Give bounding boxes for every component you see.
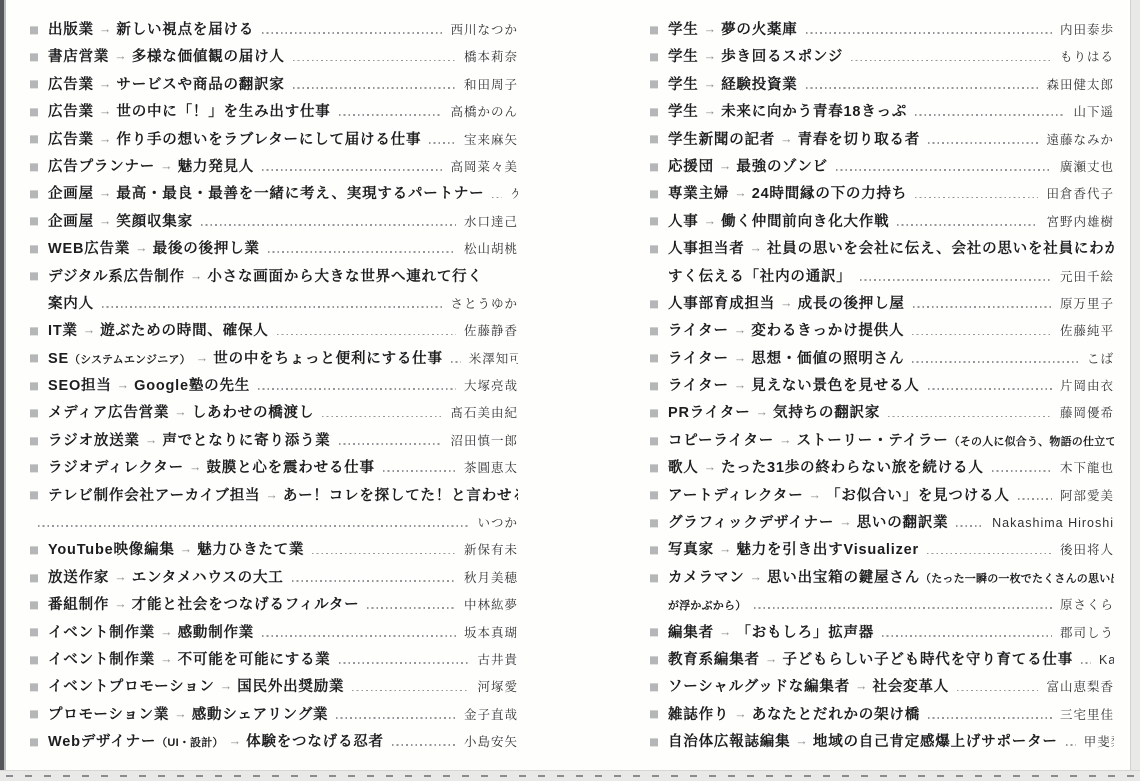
square-bullet-icon (30, 273, 38, 281)
entry-line: 出版業→新しい視点を届ける西川なつか (30, 17, 518, 44)
occupation-text: （システムエンジニア） (69, 354, 191, 366)
dot-leader (258, 388, 456, 390)
entry-line: 人事→働く仲間前向き化大作戦宮野内雄樹 (650, 209, 1114, 236)
person-name: 山下遥 (1073, 99, 1114, 126)
right-column: 学生→夢の火薬庫内田泰歩学生→歩き回るスポンジもりはる学生→経験投資業森田健太郎… (650, 17, 1114, 757)
square-bullet-icon (650, 656, 658, 664)
person-name: 佐藤純平 (1060, 318, 1114, 345)
list-item: 自治体広報誌編集→地域の自己肯定感爆上げサポーター甲斐梨花子 (650, 729, 1114, 756)
list-item: ライター→変わるきっかけ提供人佐藤純平 (650, 318, 1114, 345)
catchphrase-text: 世の中に「！」を生み出す仕事 (116, 104, 330, 120)
occupation-text: 人事 (668, 214, 699, 230)
square-bullet-icon (650, 382, 658, 390)
occupation-text: （UI・設計） (156, 737, 223, 749)
square-bullet-icon (30, 601, 38, 609)
arrow-icon: → (704, 104, 717, 118)
person-name: 橋本莉奈 (464, 44, 518, 71)
entry-text: 広告業→サービスや商品の翻訳家 (48, 72, 285, 99)
entry-line: 応援団→最強のゾンビ廣瀬丈也 (650, 154, 1114, 181)
entry-line: 企画屋→最高・最良・最善を一緒に考え、実現するパートナーケンガクタツキ (30, 181, 518, 208)
list-item: IT業→遊ぶための時間、確保人佐藤静香 (30, 318, 518, 345)
dot-leader (851, 60, 1052, 62)
list-item: コピーライター→ストーリー・テイラー（その人に似合う、物語の仕立て屋）時田心太郎 (650, 428, 1114, 455)
entry-line: SE（システムエンジニア）→世の中をちょっと便利にする仕事米澤知可 (30, 346, 518, 373)
entry-text: ラジオディレクター→鼓膜と心を震わせる仕事 (48, 455, 375, 482)
page-edge-left-soft (4, 0, 6, 781)
occupation-text: デジタル系広告制作 (48, 269, 185, 285)
person-name: 古井貴 (477, 647, 518, 674)
list-item: 学生→夢の火薬庫内田泰歩 (650, 17, 1114, 44)
dot-leader (492, 197, 502, 199)
entry-line: ライター→思想・価値の照明さんこば (650, 346, 1114, 373)
list-item: 出版業→新しい視点を届ける西川なつか (30, 17, 518, 44)
entry-line: 学生→未来に向かう青春18きっぷ山下遥 (650, 99, 1114, 126)
entry-text: デジタル系広告制作→小さな画面から大きな世界へ連れて行く (48, 264, 483, 291)
entry-text: 企画屋→笑顔収集家 (48, 209, 193, 236)
person-name: 西川なつか (450, 17, 518, 44)
occupation-text: 雑誌作り (668, 707, 729, 723)
entry-line: ラジオ放送業→声でとなりに寄り添う業沼田慎一郎 (30, 428, 518, 455)
arrow-icon: → (114, 49, 127, 63)
catchphrase-text: 夢の火薬庫 (721, 22, 798, 38)
arrow-icon: → (719, 625, 732, 639)
entry-text: グラフィックデザイナー→思いの翻訳業 (668, 510, 948, 537)
entry-line: SEO担当→Google塾の先生大塚亮哉 (30, 373, 518, 400)
catchphrase-text: 国民外出奨励業 (237, 679, 344, 695)
arrow-icon: → (190, 269, 203, 283)
occupation-text: イベント制作業 (48, 652, 155, 668)
entry-text: 学生→経験投資業 (668, 72, 798, 99)
dot-leader (339, 662, 470, 664)
square-bullet-icon (650, 136, 658, 144)
occupation-text: ラジオディレクター (48, 460, 184, 476)
arrow-icon: → (99, 22, 112, 36)
list-item: 人事→働く仲間前向き化大作戦宮野内雄樹 (650, 209, 1114, 236)
entry-text: IT業→遊ぶための時間、確保人 (48, 318, 269, 345)
catchphrase-text: 案内人 (48, 296, 94, 312)
list-item: 放送作家→エンタメハウスの大工秋月美穂 (30, 565, 518, 592)
entry-text: SEO担当→Google塾の先生 (48, 373, 250, 400)
catchphrase-text: しあわせの橋渡し (192, 405, 314, 421)
entry-line: コピーライター→ストーリー・テイラー（その人に似合う、物語の仕立て屋）時田心太郎 (650, 428, 1114, 455)
catchphrase-text: 感動制作業 (178, 625, 255, 641)
dot-leader (915, 114, 1065, 116)
occupation-text: 書店営業 (48, 49, 109, 65)
arrow-icon: → (734, 351, 747, 365)
catchphrase-text: 「お似合い」を見つける人 (826, 488, 1010, 504)
square-bullet-icon (30, 546, 38, 554)
occupation-text: 学生 (668, 104, 699, 120)
occupation-text: 広告業 (48, 104, 94, 120)
occupation-text: イベントプロモーション (48, 679, 215, 695)
square-bullet-icon (30, 410, 38, 418)
entry-line: 広告業→世の中に「！」を生み出す仕事高橋かのん (30, 99, 518, 126)
person-name: 遠藤なみか (1046, 127, 1114, 154)
dot-leader (913, 306, 1052, 308)
catchphrase-text: 世の中をちょっと便利にする仕事 (213, 351, 443, 367)
dot-leader (262, 635, 456, 637)
catchphrase-text: 多様な価値観の届け人 (132, 49, 285, 65)
occupation-text: 学生新聞の記者 (668, 132, 775, 148)
list-item: 専業主婦→24時間縁の下の力持ち田倉香代子 (650, 181, 1114, 208)
entry-line: ライター→見えない景色を見せる人片岡由衣 (650, 373, 1114, 400)
entry-text: 人事部育成担当→成長の後押し屋 (668, 291, 905, 318)
arrow-icon: → (229, 734, 242, 748)
catchphrase-text: 社員の思いを会社に伝え、会社の思いを社員にわかりや (767, 241, 1114, 257)
person-name: 米澤知可 (469, 346, 518, 373)
square-bullet-icon (650, 683, 658, 691)
arrow-icon: → (99, 132, 112, 146)
square-bullet-icon (650, 546, 658, 554)
arrow-icon: → (765, 652, 778, 666)
entry-text: 専業主婦→24時間縁の下の力持ち (668, 181, 907, 208)
catchphrase-text: 思い出宝箱の鍵屋さん (767, 570, 920, 586)
person-name: 三宅里佳 (1060, 702, 1114, 729)
list-item: 人事部育成担当→成長の後押し屋原万里子 (650, 291, 1114, 318)
page-stack-dashes (6, 775, 1134, 777)
entry-text: カメラマン→思い出宝箱の鍵屋さん（たった一瞬の一枚でたくさんの思い出 (668, 565, 1114, 592)
person-name: 内田泰歩 (1060, 17, 1114, 44)
square-bullet-icon (30, 327, 38, 335)
occupation-text: 編集者 (668, 625, 714, 641)
dot-leader (754, 607, 1052, 609)
person-name: さとうゆか (450, 291, 518, 318)
person-name: 高橋かのん (450, 99, 518, 126)
occupation-text: 放送作家 (48, 570, 109, 586)
dot-leader (277, 334, 456, 336)
dot-leader (201, 224, 456, 226)
person-name: 原万里子 (1060, 291, 1114, 318)
catchphrase-text: 歩き回るスポンジ (721, 49, 843, 65)
dot-leader (957, 690, 1038, 692)
entry-line: 学生→経験投資業森田健太郎 (650, 72, 1114, 99)
dot-leader (992, 470, 1052, 472)
list-item: 企画屋→最高・最良・最善を一緒に考え、実現するパートナーケンガクタツキ (30, 181, 518, 208)
occupation-text: テレビ制作会社アーカイブ担当 (48, 488, 260, 504)
square-bullet-icon (650, 81, 658, 89)
occupation-text: メディア広告営業 (48, 405, 169, 421)
catchphrase-text: 気持ちの翻訳家 (773, 405, 880, 421)
catchphrase-text: ストーリー・テイラー (797, 433, 949, 449)
square-bullet-icon (650, 26, 658, 34)
arrow-icon: → (99, 214, 112, 228)
arrow-icon: → (809, 488, 822, 502)
occupation-text: ラジオ放送業 (48, 433, 140, 449)
list-item: カメラマン→思い出宝箱の鍵屋さん（たった一瞬の一枚でたくさんの思い出が浮かぶから… (650, 565, 1114, 620)
list-item: 広告業→サービスや商品の翻訳家和田周子 (30, 72, 518, 99)
entry-line: WEB広告業→最後の後押し業松山胡桃 (30, 236, 518, 263)
list-item: Webデザイナー（UI・設計）→体験をつなげる忍者小島安矢 (30, 729, 518, 756)
person-name: 秋月美穂 (464, 565, 518, 592)
entry-line: カメラマン→思い出宝箱の鍵屋さん（たった一瞬の一枚でたくさんの思い出 (650, 565, 1114, 592)
entry-text: WEB広告業→最後の後押し業 (48, 236, 260, 263)
dot-leader (1081, 662, 1091, 664)
square-bullet-icon (30, 464, 38, 472)
dot-leader (383, 470, 456, 472)
occupation-text: イベント制作業 (48, 625, 155, 641)
list-item: デジタル系広告制作→小さな画面から大きな世界へ連れて行く案内人さとうゆか (30, 264, 518, 319)
entry-line: 歌人→たった31歩の終わらない旅を続ける人木下龍也 (650, 455, 1114, 482)
arrow-icon: → (174, 405, 187, 419)
person-name: 坂本真瑚 (464, 620, 518, 647)
catchphrase-text: サービスや商品の翻訳家 (116, 77, 284, 93)
person-name: 新保有未 (464, 537, 518, 564)
square-bullet-icon (650, 437, 658, 445)
occupation-text: 広告業 (48, 77, 94, 93)
arrow-icon: → (704, 77, 717, 91)
entry-text: SE（システムエンジニア）→世の中をちょっと便利にする仕事 (48, 346, 443, 373)
arrow-icon: → (734, 378, 747, 392)
square-bullet-icon (30, 190, 38, 198)
book-page: 出版業→新しい視点を届ける西川なつか書店営業→多様な価値観の届け人橋本莉奈広告業… (0, 0, 1140, 781)
person-name: 沼田慎一郎 (450, 428, 518, 455)
dot-leader (928, 388, 1052, 390)
entry-text: イベント制作業→不可能を可能にする業 (48, 647, 331, 674)
list-item: YouTube映像編集→魅力ひきたて業新保有未 (30, 537, 518, 564)
square-bullet-icon (30, 53, 38, 61)
entry-text: 学生新聞の記者→青春を切り取る者 (668, 127, 920, 154)
occupation-text: 写真家 (668, 542, 714, 558)
arrow-icon: → (704, 214, 717, 228)
list-item: ラジオ放送業→声でとなりに寄り添う業沼田慎一郎 (30, 428, 518, 455)
list-item: グラフィックデザイナー→思いの翻訳業Nakashima Hiroshi (650, 510, 1114, 537)
entry-line: イベントプロモーション→国民外出奨励業河塚愛 (30, 674, 518, 701)
entry-text: イベント制作業→感動制作業 (48, 620, 254, 647)
occupation-text: PRライター (668, 405, 751, 421)
entry-line: 書店営業→多様な価値観の届け人橋本莉奈 (30, 44, 518, 71)
left-column: 出版業→新しい視点を届ける西川なつか書店営業→多様な価値観の届け人橋本莉奈広告業… (30, 17, 518, 757)
entry-text: ライター→変わるきっかけ提供人 (668, 318, 904, 345)
entry-text: アートディレクター→「お似合い」を見つける人 (668, 483, 1010, 510)
person-name: 佐藤静香 (464, 318, 518, 345)
dot-leader (339, 114, 443, 116)
entry-line: イベント制作業→感動制作業坂本真瑚 (30, 620, 518, 647)
catchphrase-text: 未来に向かう青春18きっぷ (721, 104, 907, 120)
entry-text: 企画屋→最高・最良・最善を一緒に考え、実現するパートナー (48, 181, 484, 208)
dot-leader (928, 717, 1052, 719)
arrow-icon: → (114, 597, 127, 611)
square-bullet-icon (650, 519, 658, 527)
entry-line: 広告業→作り手の想いをラブレターにして届ける仕事宝来麻矢 (30, 127, 518, 154)
catchphrase-text: （たった一瞬の一枚でたくさんの思い出 (920, 573, 1114, 585)
entry-text: ラジオ放送業→声でとなりに寄り添う業 (48, 428, 331, 455)
entry-text: 番組制作→才能と社会をつなげるフィルター (48, 592, 359, 619)
entry-text: 自治体広報誌編集→地域の自己肯定感爆上げサポーター (668, 729, 1058, 756)
square-bullet-icon (650, 190, 658, 198)
list-item: メディア広告営業→しあわせの橋渡し髙石美由紀 (30, 400, 518, 427)
dot-leader (322, 416, 442, 418)
arrow-icon: → (145, 433, 158, 447)
entry-line: 自治体広報誌編集→地域の自己肯定感爆上げサポーター甲斐梨花子 (650, 729, 1114, 756)
occupation-text: SE (48, 351, 69, 367)
arrow-icon: → (795, 734, 808, 748)
entry-text: コピーライター→ストーリー・テイラー（その人に似合う、物語の仕立て屋） (668, 428, 1114, 455)
page-edge-right (1130, 0, 1140, 781)
entry-text: イベントプロモーション→国民外出奨励業 (48, 674, 344, 701)
person-name: ケンガクタツキ (510, 181, 518, 208)
occupation-text: 応援団 (668, 159, 714, 175)
catchphrase-text: 不可能を可能にする業 (178, 652, 331, 668)
occupation-text: ソーシャルグッドな編集者 (668, 679, 850, 695)
person-name: 藤岡優希 (1060, 400, 1114, 427)
occupation-text: カメラマン (668, 570, 745, 586)
dot-leader (262, 32, 442, 34)
dot-leader (292, 580, 456, 582)
list-item: 企画屋→笑顔収集家水口達己 (30, 209, 518, 236)
dot-leader (888, 416, 1052, 418)
arrow-icon: → (265, 488, 278, 502)
catchphrase-text: が浮かぶから） (668, 600, 746, 612)
square-bullet-icon (30, 355, 38, 363)
person-name: 廣瀬丈也 (1060, 154, 1114, 181)
list-item: アートディレクター→「お似合い」を見つける人阿部愛美 (650, 483, 1114, 510)
occupation-text: 教育系編集者 (668, 652, 760, 668)
occupation-text: 学生 (668, 22, 699, 38)
person-name: 阿部愛美 (1060, 483, 1114, 510)
entry-text: Webデザイナー（UI・設計）→体験をつなげる忍者 (48, 729, 384, 756)
list-item: ライター→見えない景色を見せる人片岡由衣 (650, 373, 1114, 400)
square-bullet-icon (30, 382, 38, 390)
entry-line: デジタル系広告制作→小さな画面から大きな世界へ連れて行く (30, 264, 518, 291)
catchphrase-text: 変わるきっかけ提供人 (751, 323, 904, 339)
dot-leader (339, 443, 443, 445)
entry-line: 学生→夢の火薬庫内田泰歩 (650, 17, 1114, 44)
person-name: 中林紘夢 (464, 592, 518, 619)
arrow-icon: → (734, 323, 747, 337)
dot-leader (336, 717, 456, 719)
person-name: 茶圓恵太 (464, 455, 518, 482)
arrow-icon: → (220, 679, 233, 693)
entry-text: ソーシャルグッドな編集者→社会変革人 (668, 674, 949, 701)
dot-leader (38, 525, 469, 527)
person-name: 片岡由衣 (1060, 373, 1114, 400)
square-bullet-icon (30, 437, 38, 445)
occupation-text: 広告業 (48, 132, 94, 148)
arrow-icon: → (704, 49, 717, 63)
catchphrase-text: 魅力を引き出すVisualizer (736, 542, 919, 558)
occupation-text: 学生 (668, 77, 699, 93)
occupation-text: 番組制作 (48, 597, 109, 613)
catchphrase-text: 最後の後押し業 (153, 241, 260, 257)
entry-text: 放送作家→エンタメハウスの大工 (48, 565, 284, 592)
square-bullet-icon (650, 711, 658, 719)
catchphrase-text: 社会変革人 (873, 679, 950, 695)
catchphrase-text: たった31歩の終わらない旅を続ける人 (721, 460, 984, 476)
dot-leader (912, 361, 1079, 363)
entry-text: プロモーション業→感動シェアリング業 (48, 702, 328, 729)
entry-line-continuation: すく伝える「社内の通訳」元田千絵 (650, 264, 1114, 291)
occupation-text: ライター (668, 351, 729, 367)
square-bullet-icon (650, 245, 658, 253)
dot-leader (912, 334, 1052, 336)
occupation-text: アートディレクター (668, 488, 804, 504)
occupation-text: 歌人 (668, 460, 699, 476)
entry-line-continuation: いつか (30, 510, 518, 537)
arrow-icon: → (855, 679, 868, 693)
catchphrase-text: 最強のゾンビ (736, 159, 828, 175)
arrow-icon: → (180, 542, 193, 556)
entry-text: 歌人→たった31歩の終わらない旅を続ける人 (668, 455, 984, 482)
arrow-icon: → (99, 186, 112, 200)
square-bullet-icon (650, 492, 658, 500)
entry-text: YouTube映像編集→魅力ひきたて業 (48, 537, 304, 564)
entry-line: イベント制作業→不可能を可能にする業古井貴 (30, 647, 518, 674)
occupation-text: 専業主婦 (668, 186, 729, 202)
entry-line: アートディレクター→「お似合い」を見つける人阿部愛美 (650, 483, 1114, 510)
list-item: イベント制作業→感動制作業坂本真瑚 (30, 620, 518, 647)
arrow-icon: → (174, 707, 187, 721)
catchphrase-text: （その人に似合う、物語の仕立て屋） (949, 436, 1114, 448)
entry-line-continuation: が浮かぶから）原さくら (650, 592, 1114, 619)
dot-leader (367, 607, 456, 609)
square-bullet-icon (30, 136, 38, 144)
arrow-icon: → (756, 405, 769, 419)
entry-line: 企画屋→笑顔収集家水口達己 (30, 209, 518, 236)
entry-text: 広告プランナー→魅力発見人 (48, 154, 254, 181)
square-bullet-icon (650, 464, 658, 472)
entry-line: 雑誌作り→あなたとだれかの架け橋三宅里佳 (650, 702, 1114, 729)
person-name: 宝来麻矢 (464, 127, 518, 154)
catchphrase-text: 見えない景色を見せる人 (751, 378, 919, 394)
square-bullet-icon (650, 355, 658, 363)
dot-leader (1018, 498, 1052, 500)
entry-text: が浮かぶから） (668, 592, 746, 619)
list-item: 学生新聞の記者→青春を切り取る者遠藤なみか (650, 127, 1114, 154)
square-bullet-icon (30, 108, 38, 116)
catchphrase-text: 24時間縁の下の力持ち (752, 186, 907, 202)
person-name: 元田千絵 (1060, 264, 1114, 291)
square-bullet-icon (650, 327, 658, 335)
list-item: 広告業→作り手の想いをラブレターにして届ける仕事宝来麻矢 (30, 127, 518, 154)
arrow-icon: → (160, 159, 173, 173)
entry-line: 編集者→「おもしろ」拡声器郡司しう (650, 620, 1114, 647)
list-item: 雑誌作り→あなたとだれかの架け橋三宅里佳 (650, 702, 1114, 729)
dot-leader (293, 87, 456, 89)
dot-leader (806, 87, 1039, 89)
entry-text: 広告業→作り手の想いをラブレターにして届ける仕事 (48, 127, 421, 154)
catchphrase-text: あー！コレを探してた！と言わせる職人 (283, 488, 518, 504)
entry-text: 案内人 (48, 291, 94, 318)
square-bullet-icon (30, 218, 38, 226)
list-item: 人事担当者→社員の思いを会社に伝え、会社の思いを社員にわかりやすく伝える「社内の… (650, 236, 1114, 291)
catchphrase-text: 作り手の想いをラブレターにして届ける仕事 (116, 132, 421, 148)
catchphrase-text: 思いの翻訳業 (857, 515, 949, 531)
list-item: ラジオディレクター→鼓膜と心を震わせる仕事茶圓恵太 (30, 455, 518, 482)
square-bullet-icon (30, 738, 38, 746)
catchphrase-text: あなたとだれかの架け橋 (752, 707, 920, 723)
arrow-icon: → (196, 351, 209, 365)
list-item: 歌人→たった31歩の終わらない旅を続ける人木下龍也 (650, 455, 1114, 482)
person-name: いつか (477, 510, 518, 537)
catchphrase-text: 地域の自己肯定感爆上げサポーター (813, 734, 1058, 750)
dot-leader (1066, 744, 1076, 746)
square-bullet-icon (650, 218, 658, 226)
square-bullet-icon (30, 683, 38, 691)
occupation-text: YouTube映像編集 (48, 542, 175, 558)
arrow-icon: → (719, 542, 732, 556)
occupation-text: SEO担当 (48, 378, 112, 394)
dot-leader (806, 32, 1052, 34)
arrow-icon: → (839, 515, 852, 529)
square-bullet-icon (30, 711, 38, 719)
catchphrase-text: 声でとなりに寄り添う業 (162, 433, 330, 449)
entry-line: 学生→歩き回るスポンジもりはる (650, 44, 1114, 71)
entry-line: 写真家→魅力を引き出すVisualizer後田将人 (650, 537, 1114, 564)
entry-line-continuation: 案内人さとうゆか (30, 291, 518, 318)
catchphrase-text: 才能と社会をつなげるフィルター (132, 597, 360, 613)
arrow-icon: → (160, 652, 173, 666)
occupation-text: 人事担当者 (668, 241, 745, 257)
